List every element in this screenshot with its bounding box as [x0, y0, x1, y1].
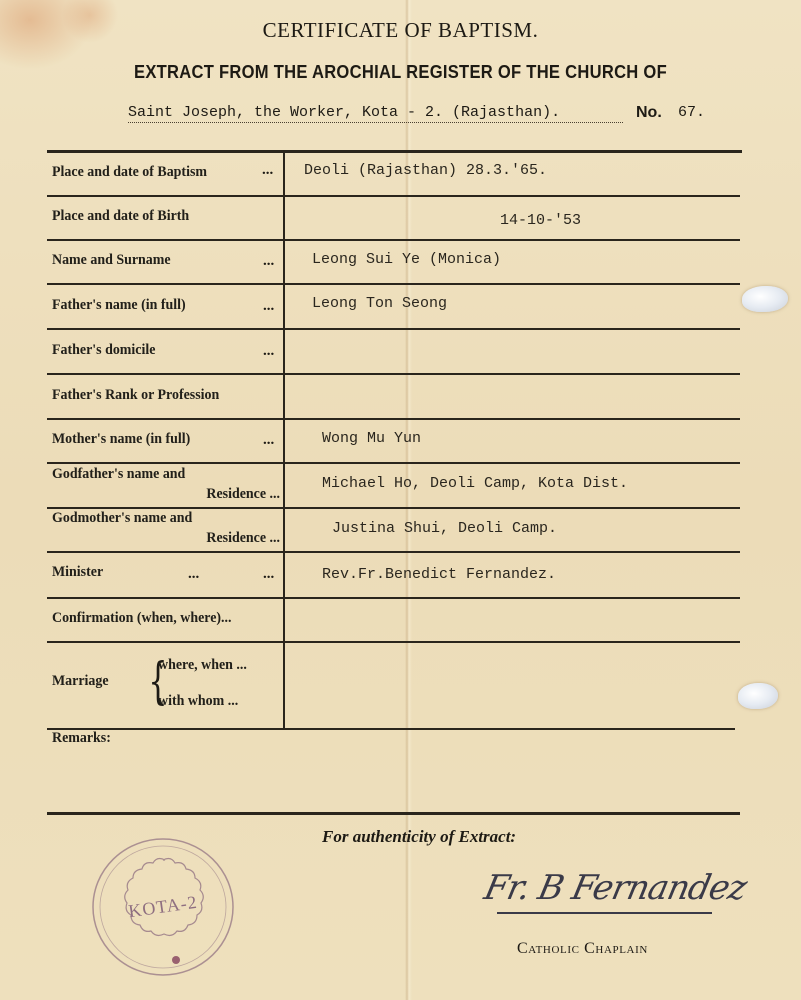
- register-number-label: No.: [636, 104, 662, 122]
- label-dots: ...: [263, 432, 274, 449]
- label-dots: ...: [263, 298, 274, 315]
- value-mother-name: Wong Mu Yun: [322, 430, 421, 447]
- value-father-name: Leong Ton Seong: [312, 295, 447, 312]
- signature-underline: [497, 912, 712, 914]
- value-godfather: Michael Ho, Deoli Camp, Kota Dist.: [322, 475, 628, 492]
- row-divider: [47, 283, 740, 285]
- table-bottom-rule: [47, 812, 740, 815]
- label-name: Name and Surname: [52, 252, 171, 269]
- label-baptism: Place and date of Baptism: [52, 164, 207, 181]
- value-name: Leong Sui Ye (Monica): [312, 251, 501, 268]
- label-dots: ...: [188, 566, 199, 583]
- label-dots: ...: [263, 253, 274, 270]
- label-birth: Place and date of Birth: [52, 208, 189, 225]
- label-remarks: Remarks:: [52, 730, 111, 747]
- label-godfather: Godfather's name and: [52, 466, 185, 483]
- row-divider: [47, 373, 740, 375]
- label-dots: ...: [263, 566, 274, 583]
- paper-hole-lower: [738, 683, 778, 709]
- label-godmother-residence: Residence ...: [141, 530, 281, 547]
- label-mother-name: Mother's name (in full): [52, 431, 190, 448]
- row-divider: [47, 551, 740, 553]
- row-divider: [47, 728, 735, 730]
- row-divider: [47, 507, 740, 509]
- label-father-name: Father's name (in full): [52, 297, 186, 314]
- row-divider: [47, 195, 740, 197]
- row-divider: [47, 641, 740, 643]
- row-divider: [47, 418, 740, 420]
- paper-hole-upper: [742, 286, 788, 312]
- authenticity-caption: For authenticity of Extract:: [322, 827, 516, 847]
- label-godmother: Godmother's name and: [52, 510, 192, 527]
- label-minister: Minister: [52, 564, 103, 581]
- value-minister: Rev.Fr.Benedict Fernandez.: [322, 566, 556, 583]
- signatory-title: Catholic Chaplain: [517, 940, 648, 958]
- label-marriage-where: where, when ...: [158, 657, 247, 674]
- register-number-value: 67.: [678, 104, 705, 121]
- label-marriage: Marriage: [52, 673, 109, 690]
- label-father-profession: Father's Rank or Profession: [52, 387, 219, 404]
- church-stamp: KOTA-2: [88, 832, 238, 982]
- church-name-line: Saint Joseph, the Worker, Kota - 2. (Raj…: [128, 104, 623, 123]
- label-father-domicile: Father's domicile: [52, 342, 155, 359]
- row-divider: [47, 597, 740, 599]
- certificate-title: CERTIFICATE OF BAPTISM.: [0, 18, 801, 43]
- row-divider: [47, 328, 740, 330]
- label-marriage-whom: with whom ...: [158, 693, 238, 710]
- church-name: Saint Joseph, the Worker, Kota - 2. (Raj…: [128, 104, 623, 123]
- label-dots: ...: [263, 343, 274, 360]
- signature: Fr. B Fernandez: [481, 868, 750, 908]
- value-godmother: Justina Shui, Deoli Camp.: [332, 520, 557, 537]
- row-divider: [47, 462, 740, 464]
- label-confirmation: Confirmation (when, where)...: [52, 610, 232, 627]
- label-godfather-residence: Residence ...: [141, 486, 281, 503]
- row-divider: [47, 239, 740, 241]
- table-top-rule: [47, 150, 742, 153]
- value-birth: 14-10-'53: [500, 212, 581, 229]
- value-baptism: Deoli (Rajasthan) 28.3.'65.: [304, 162, 547, 179]
- label-dots: ...: [262, 162, 273, 179]
- certificate-subtitle: EXTRACT FROM THE AROCHIAL REGISTER OF TH…: [32, 62, 769, 83]
- column-divider: [283, 152, 285, 728]
